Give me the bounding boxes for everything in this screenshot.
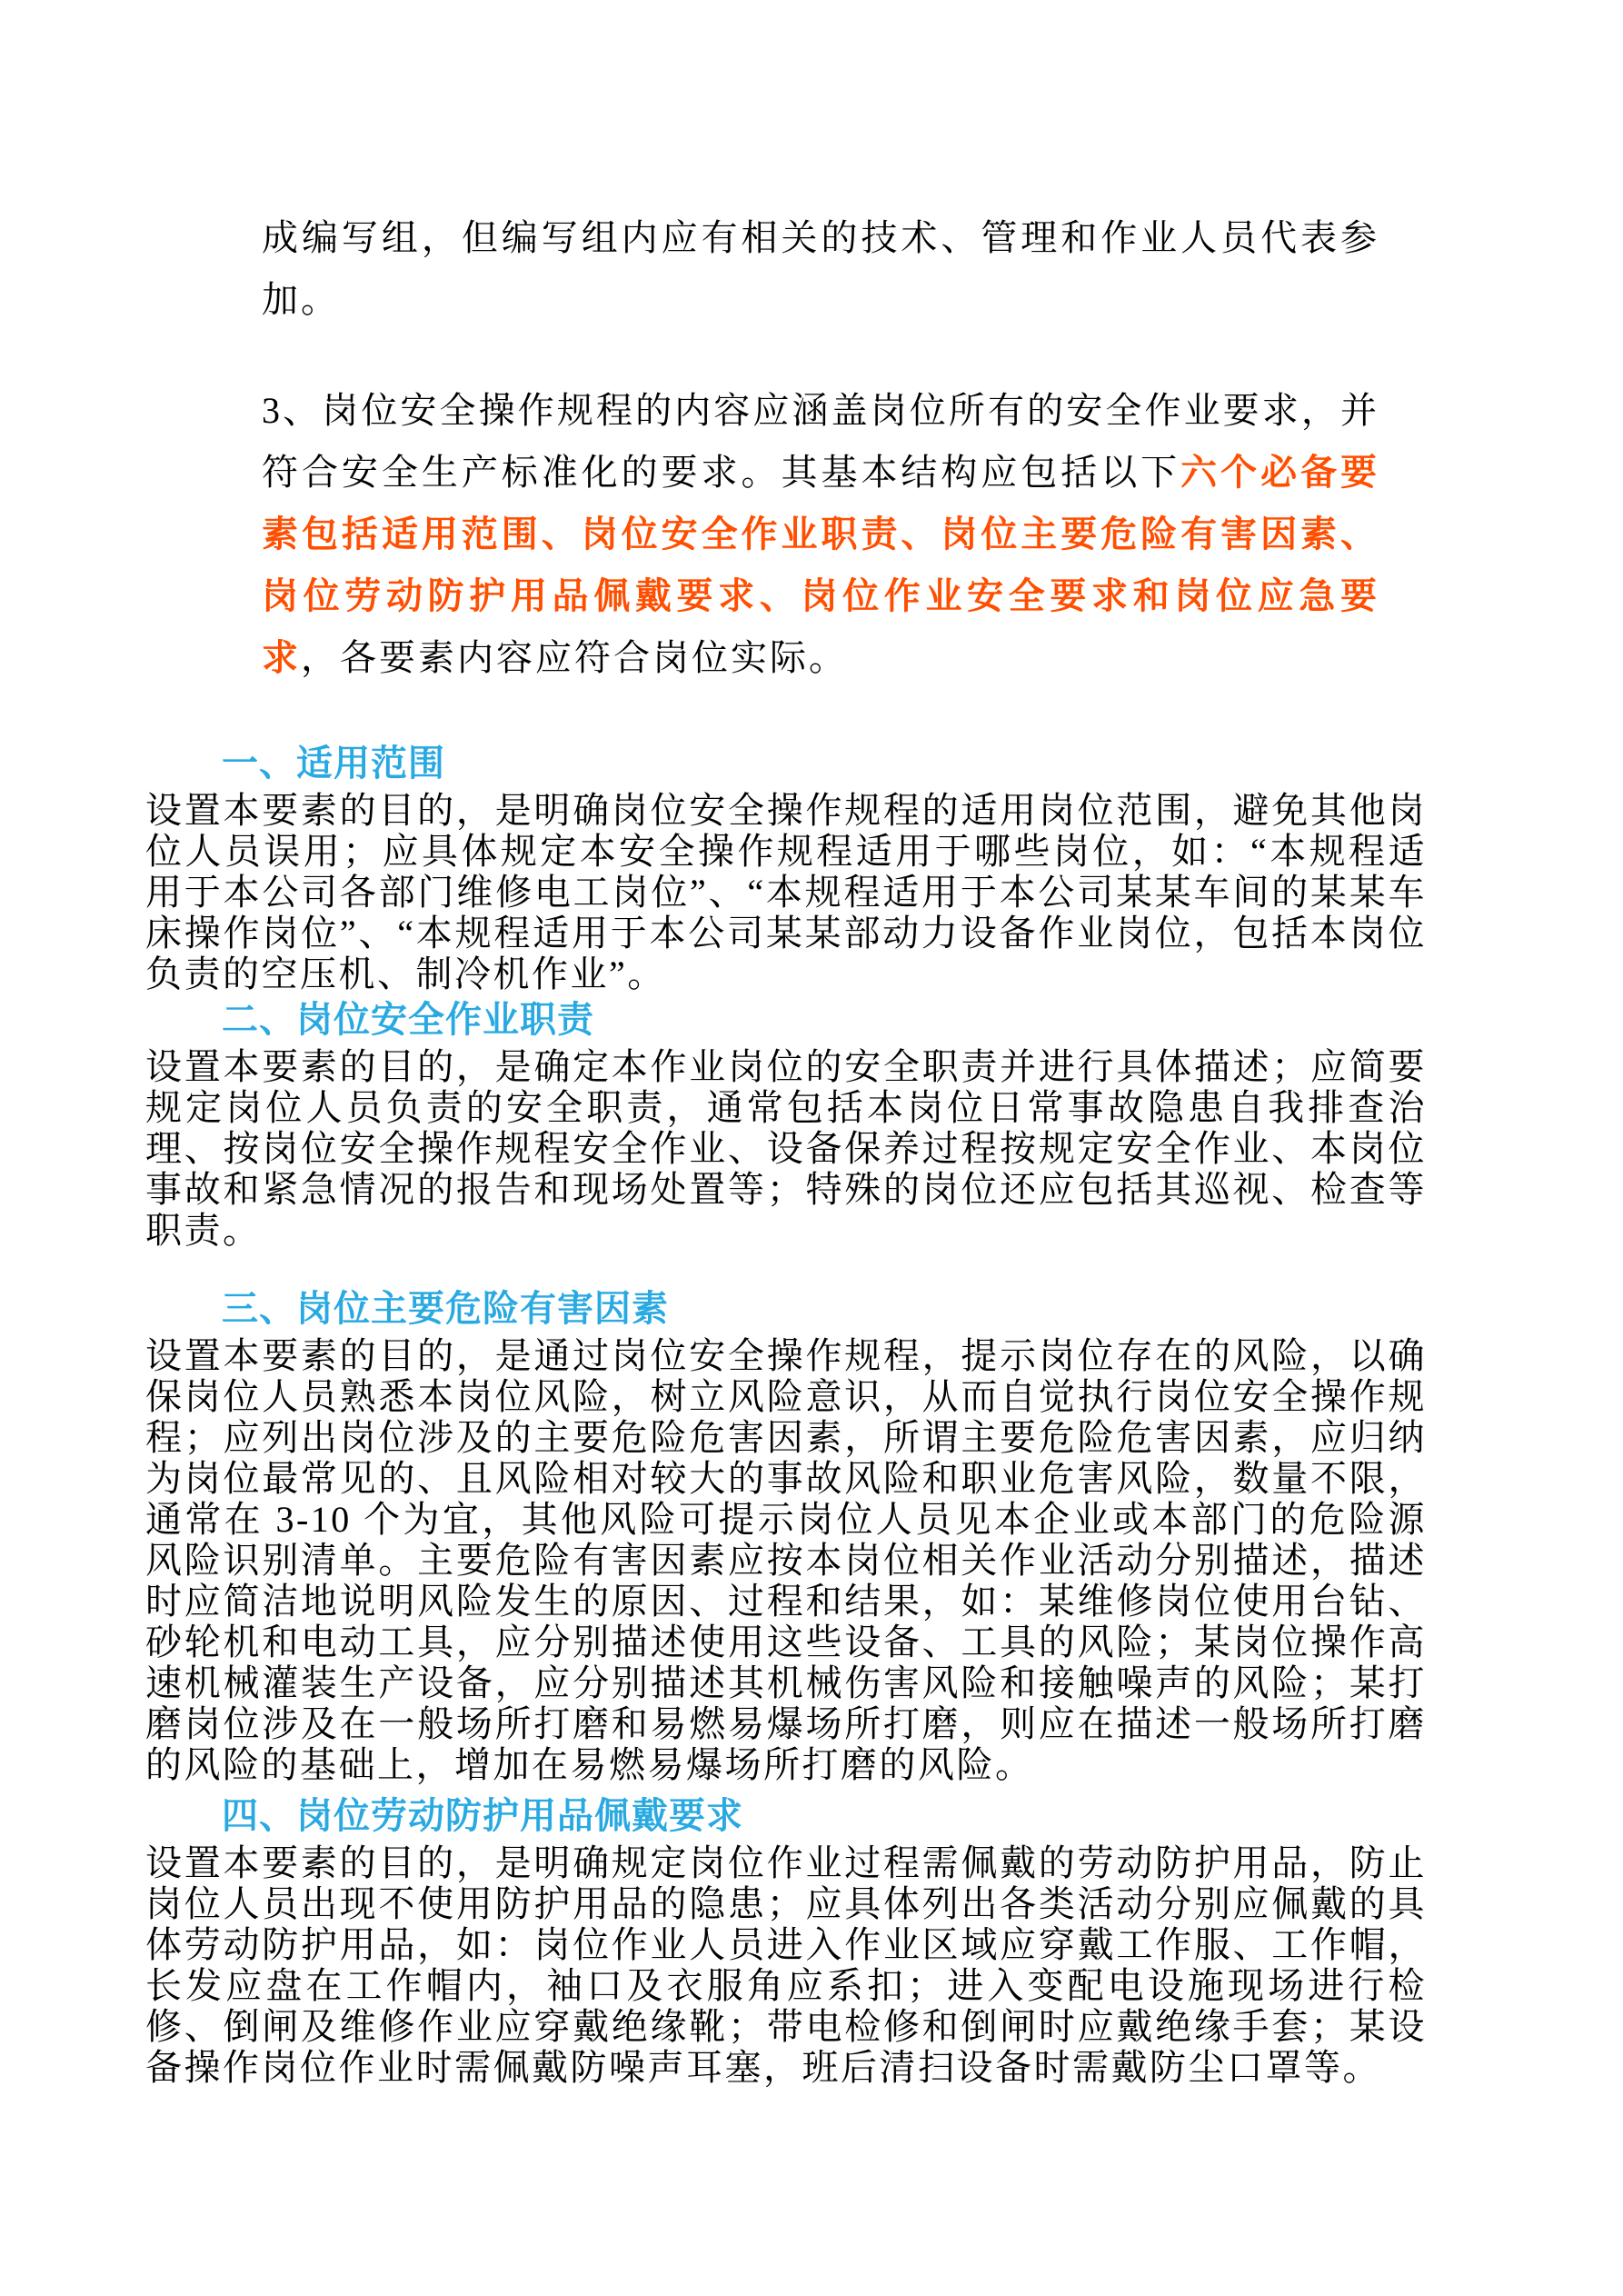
section-body-hazards: 设置本要素的目的，是通过岗位安全操作规程，提示岗位存在的风险，以确保岗位人员熟悉… [145, 1335, 1427, 1785]
section-body-duties: 设置本要素的目的，是确定本作业岗位的安全职责并进行具体描述；应简要规定岗位人员负… [145, 1046, 1427, 1251]
intro-paragraph-1: 成编写组，但编写组内应有相关的技术、管理和作业人员代表参加。 [262, 207, 1379, 331]
intro-paragraph-2: 3、岗位安全操作规程的内容应涵盖岗位所有的安全作业要求，并符合安全生产标准化的要… [262, 380, 1379, 689]
document-page: 成编写组，但编写组内应有相关的技术、管理和作业人员代表参加。 3、岗位安全操作规… [0, 0, 1623, 2296]
section-body-ppe: 设置本要素的目的，是明确规定岗位作业过程需佩戴的劳动防护用品，防止岗位人员出现不… [145, 1842, 1427, 2088]
section-heading-duties: 二、岗位安全作业职责 [145, 1000, 1427, 1041]
sections-block: 一、适用范围 设置本要素的目的，是明确岗位安全操作规程的适用岗位范围，避免其他岗… [145, 738, 1427, 2088]
section-heading-scope: 一、适用范围 [145, 744, 1427, 784]
section-body-scope: 设置本要素的目的，是明确岗位安全操作规程的适用岗位范围，避免其他岗位人员误用；应… [145, 790, 1427, 994]
intro-block: 成编写组，但编写组内应有相关的技术、管理和作业人员代表参加。 3、岗位安全操作规… [262, 207, 1379, 738]
intro-paragraph-2-tail: ，各要素内容应符合岗位实际。 [301, 637, 848, 678]
section-heading-ppe: 四、岗位劳动防护用品佩戴要求 [145, 1796, 1427, 1837]
section-heading-hazards: 三、岗位主要危险有害因素 [145, 1289, 1427, 1330]
